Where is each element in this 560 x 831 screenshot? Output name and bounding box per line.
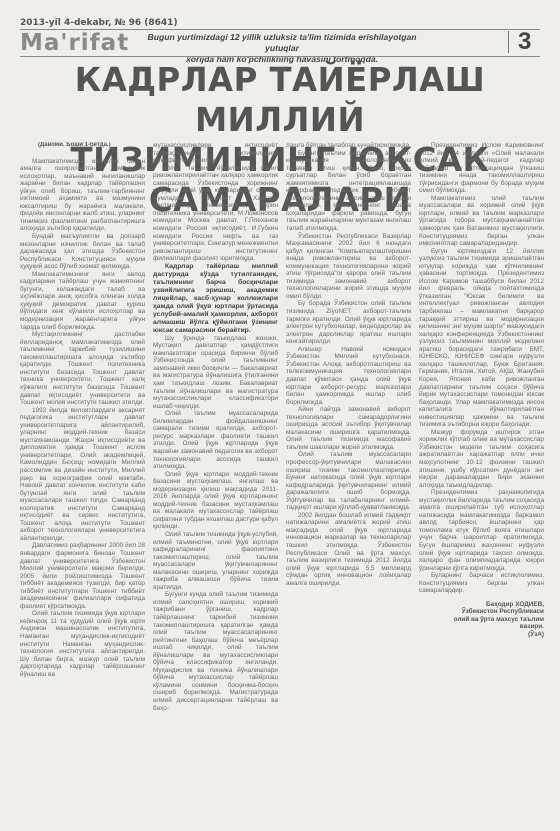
paragraph: Олий таълим муассасаларида билимлардан ф…	[153, 410, 278, 470]
page-number-divider	[508, 31, 509, 53]
paragraph: Бундай масъулиятли ва долзарб мезонларни…	[20, 233, 145, 271]
paragraph: Бу борада Ўзбекистон олий таълим тизимид…	[286, 300, 411, 345]
article-column-3: лашга бўлган талаблар кучайтирилмоқда. Б…	[286, 142, 411, 782]
headline-line-1: КАДРЛАР ТАЙЁРЛАШ МИЛЛИЙ	[6, 60, 555, 140]
highlight-paragraph: Кадрлар тайёрлаш миллий дастурида кўзда …	[153, 263, 278, 335]
paragraph: Мамлакатимиз олий таълим муассасалари ва…	[419, 195, 544, 248]
paragraph: Олий таълим муассасалари профессор-ўқиту…	[286, 451, 411, 511]
paragraph: Бугунги таълим жараёнини ахборот-коммуни…	[286, 150, 411, 233]
article-column-2: мутахассисликлари иқтисодиёт тармоқларин…	[153, 142, 278, 782]
news-source: (ЎзА)	[419, 631, 544, 639]
author-title: олий ва ўрта махсус таълим	[419, 616, 544, 624]
paragraph: Бугун юртимиздаги 12 йиллик узлуксиз таъ…	[419, 248, 544, 429]
article-column-4: Президентимиз Ислом Каримовнинг 2012 йил…	[419, 142, 544, 782]
author-signature: Баҳодир ХОДИЕВ, Ўзбекистон Республикаси …	[419, 601, 544, 639]
author-title: вазири.	[419, 623, 544, 631]
paragraph: Президентимиз Ислом Каримовнинг 2012 йил…	[419, 142, 544, 195]
paragraph: Алишер Навоий номидаги Ўзбекистон Миллий…	[286, 346, 411, 406]
paragraph: Олий таълим тизимида ўқув юртлари кейинр…	[20, 610, 145, 678]
paragraph: Олий ўқув юртлари моддий-техник базасини…	[153, 471, 278, 531]
paragraph: лашга бўлган талаблар кучайтирилмоқда.	[286, 142, 411, 150]
paragraph: 1992 йилда вилоятлардаги аксарият педаго…	[20, 407, 145, 543]
paragraph: Олий таълим тизимида ўқув-услубий, илмий…	[153, 531, 278, 591]
page-number: 3	[518, 28, 531, 56]
paragraph: 2002 йилдан бошлаб илмий тадқиқот натижа…	[286, 512, 411, 587]
issue-dateline: 2013-yil 4-dekabr, № 96 (8641)	[20, 18, 178, 28]
header-rule-bottom	[20, 56, 540, 57]
paragraph: Президентимиз раҳнамолигида мустақиллик …	[419, 489, 544, 572]
article-column-1: (Давоми. Боши 1-бетда.) Мамлакатимизда и…	[20, 142, 145, 782]
paragraph: Олий таълим йўналишида изчил ривожлантир…	[153, 165, 278, 263]
paragraph: Бугунги кунда олий таълим тизимида илмий…	[153, 591, 278, 712]
paragraph: Ўзбекистон Республикаси Вазирлар Маҳкама…	[286, 233, 411, 301]
paragraph: Буларнинг барчаси истиқлолимиз, Конститу…	[419, 572, 544, 595]
masthead-logo: Ma'rifat	[20, 30, 129, 56]
paragraph: Айни пайтда замонавий ахборот технология…	[286, 406, 411, 451]
paragraph: Мустақилликнинг дастлабки йиллариданоқ м…	[20, 331, 145, 406]
paragraph: Мамлакатимизнинг янги авлод кадрларини т…	[20, 271, 145, 331]
newspaper-page: 2013-yil 4-dekabr, № 96 (8641) Ma'rifat …	[0, 0, 560, 831]
paragraph: Давлатимиз раҳбарининг 2000 йил 28 январ…	[20, 542, 145, 610]
paragraph: Мамлакатимизда изчиллик билан амалга оши…	[20, 158, 145, 233]
paragraph: мутахассисликлари иқтисодиёт тармоқларин…	[153, 142, 278, 165]
paragraph: Шу ўринда таъкидлаш жоизки, Мустақил дав…	[153, 335, 278, 410]
continuation-note: (Давоми. Боши 1-бетда.)	[38, 142, 145, 150]
tagline-line-1: Bugun yurtimizdagi 12 yillik uzluksiz ta…	[132, 32, 432, 54]
author-title: Ўзбекистон Республикаси	[419, 608, 544, 616]
paragraph: Мазкур форумда иштирок этган хорижлик кў…	[419, 429, 544, 489]
article-body: (Давоми. Боши 1-бетда.) Мамлакатимизда и…	[20, 142, 544, 782]
